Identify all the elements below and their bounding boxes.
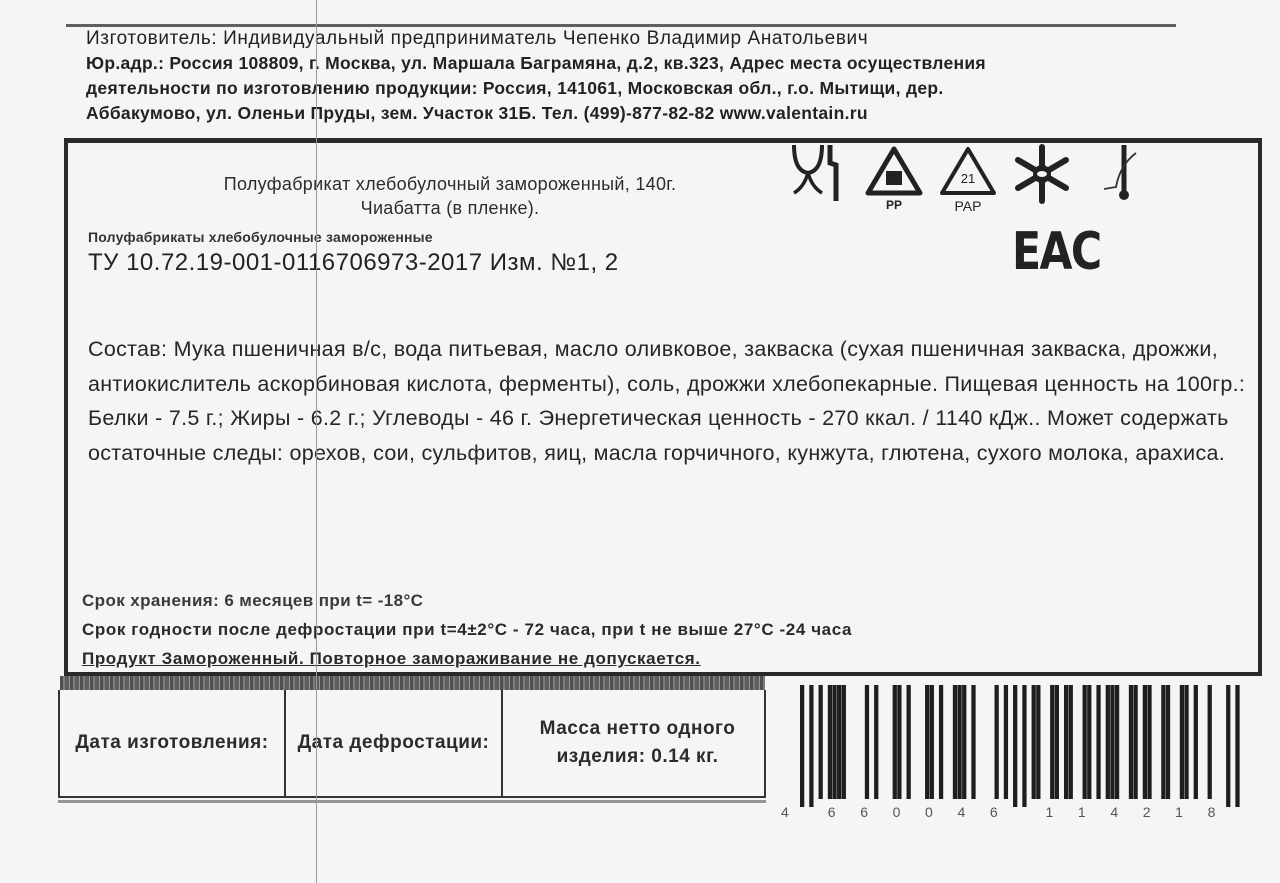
product-title: Полуфабрикат хлебобулочный замороженный,…	[100, 172, 800, 220]
recycle-pp-icon: PP	[864, 143, 916, 203]
print-noise-band	[60, 676, 765, 690]
product-title-line1: Полуфабрикат хлебобулочный замороженный,…	[100, 172, 800, 196]
product-category: Полуфабрикаты хлебобулочные замороженные	[88, 229, 433, 245]
eac-certification-mark: EAC	[1012, 222, 1101, 282]
barcode-digit: 4	[781, 804, 789, 820]
svg-text:PAP: PAP	[955, 198, 982, 214]
technical-spec: ТУ 10.72.19-001-0116706973-2017 Изм. №1,…	[88, 249, 619, 277]
barcode-digit: 1	[1078, 804, 1086, 820]
shelf-life: Срок хранения: 6 месяцев при t= -18°С	[82, 586, 852, 615]
manufacturer-line: Изготовитель: Индивидуальный предпринима…	[66, 26, 1216, 51]
svg-text:PP: PP	[886, 198, 902, 212]
composition-text: Состав: Мука пшеничная в/с, вода питьева…	[88, 332, 1253, 470]
food-contact-glass-fork-icon	[790, 143, 842, 203]
manufacturer-info: Изготовитель: Индивидуальный предпринима…	[66, 26, 1216, 126]
fold-line	[316, 0, 317, 883]
barcode-digit: 0	[893, 804, 901, 820]
production-address-line: деятельности по изготовлению продукции: …	[66, 76, 1216, 101]
dates-table: Дата изготовления: Дата дефростации: Мас…	[58, 690, 766, 804]
ean13-barcode	[800, 683, 1240, 808]
barcode-digit: 4	[957, 804, 965, 820]
after-defrost-shelf-life: Срок годности после дефростации при t=4±…	[82, 615, 852, 644]
barcode-digit: 6	[828, 804, 836, 820]
barcode-digit: 0	[925, 804, 933, 820]
barcode-digit: 6	[860, 804, 868, 820]
thermometer-temperature-icon	[1086, 143, 1138, 203]
table-bottom-border	[58, 800, 766, 803]
legal-address-line: Юр.адр.: Россия 108809, г. Москва, ул. М…	[66, 51, 1216, 76]
snowflake-frozen-icon	[1012, 143, 1064, 203]
product-title-line2: Чиабатта (в пленке).	[100, 196, 800, 220]
recycle-pap-icon: 21 PAP	[938, 143, 990, 203]
barcode-digit: 8	[1208, 804, 1216, 820]
barcode-digit: 1	[1045, 804, 1053, 820]
net-weight-cell: Масса нетто одного изделия: 0.14 кг.	[501, 690, 766, 798]
packaging-icons: PP 21 PAP	[790, 143, 1138, 203]
defrost-date-cell: Дата дефростации:	[286, 690, 501, 798]
storage-conditions: Срок хранения: 6 месяцев при t= -18°С Ср…	[82, 586, 852, 673]
product-label: Изготовитель: Индивидуальный предпринима…	[0, 0, 1280, 883]
manufacture-date-cell: Дата изготовления:	[58, 690, 286, 798]
barcode-digit: 2	[1143, 804, 1151, 820]
barcode-digit: 6	[990, 804, 998, 820]
barcode-digit: 4	[1110, 804, 1118, 820]
contact-line: Аббакумово, ул. Оленьи Пруды, зем. Участ…	[66, 101, 1216, 126]
barcode-digit: 1	[1175, 804, 1183, 820]
svg-text:21: 21	[961, 171, 975, 186]
refreeze-warning: Продукт Замороженный. Повторное заморажи…	[82, 644, 852, 673]
